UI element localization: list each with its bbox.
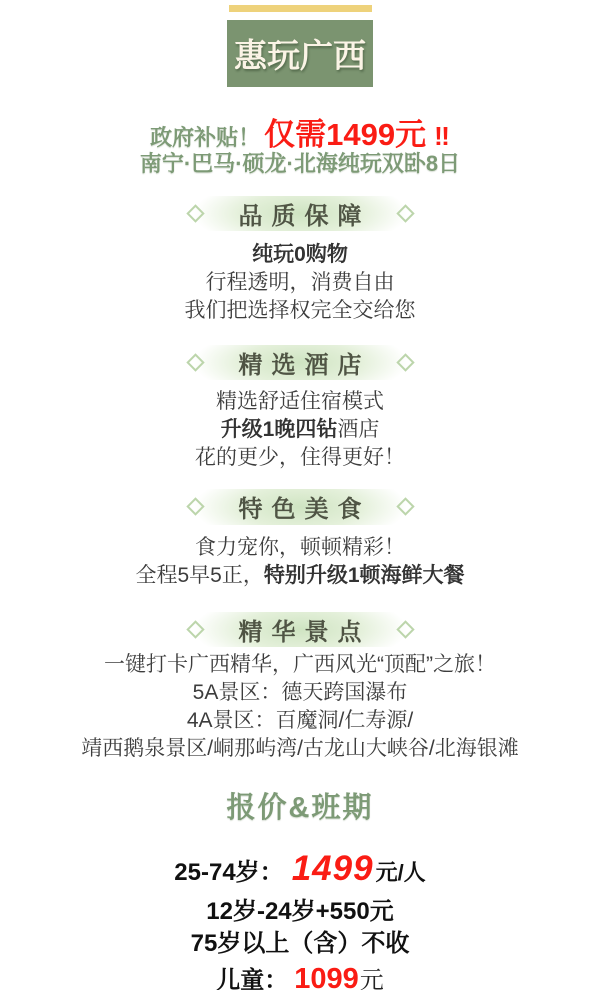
adult-price-unit: 元/人 xyxy=(376,856,426,887)
diamond-left-icon xyxy=(186,353,204,371)
section-title-sights: 精华景点 xyxy=(239,612,371,647)
section-header-sights: 精华景点 xyxy=(175,612,426,647)
pricing-youth-line: 12岁-24岁+550元 xyxy=(206,898,393,926)
diamond-left-icon xyxy=(186,498,204,516)
hotel-line-2: 升级1晚四钻酒店 xyxy=(195,416,405,444)
sights-line-4: 靖西鹅泉景区/峒那屿湾/古龙山大峡谷/北海银滩 xyxy=(81,735,519,763)
diamond-right-icon xyxy=(396,498,414,516)
diamond-right-icon xyxy=(396,204,414,222)
route-line: 南宁·巴马·硕龙·北海纯玩双卧8日 xyxy=(140,147,460,173)
quality-line-2: 行程透明，消费自由 xyxy=(185,269,416,297)
pricing-adult-line: 25-74岁： 1499 元/人 xyxy=(174,849,425,890)
subsidy-line: 政府补贴！ 仅需1499元 ‼ xyxy=(150,109,450,145)
diamond-right-icon xyxy=(396,353,414,371)
section-title-hotel: 精选酒店 xyxy=(239,345,371,380)
food-line-2: 全程5早5正，特别升级1顿海鲜大餐 xyxy=(135,562,464,590)
section-quality-body: 纯玩0购物 行程透明，消费自由 我们把选择权完全交给您 xyxy=(185,241,416,325)
diamond-right-icon xyxy=(396,620,414,638)
section-header-quality: 品质保障 xyxy=(175,196,426,231)
hotel-line-1: 精选舒适住宿模式 xyxy=(195,388,405,416)
promo-flyer: 惠玩广西 政府补贴！ 仅需1499元 ‼ 南宁·巴马·硕龙·北海纯玩双卧8日 品… xyxy=(0,0,600,990)
section-title-quality: 品质保障 xyxy=(239,196,371,231)
child-label: 儿童： xyxy=(216,960,288,990)
sights-line-1: 一键打卡广西精华，广西风光“顶配”之旅！ xyxy=(81,651,519,679)
section-sights-body: 一键打卡广西精华，广西风光“顶配”之旅！ 5A景区：德天跨国瀑布 4A景区：百魔… xyxy=(81,651,519,763)
sights-line-3: 4A景区：百魔洞/仁寿源/ xyxy=(81,707,519,735)
hotel-line-2-rest: 酒店 xyxy=(337,418,379,441)
top-accent-bar xyxy=(229,5,372,12)
hotel-line-2-bold: 升级1晚四钻 xyxy=(221,418,338,441)
pricing-senior-line: 75岁以上（含）不收 xyxy=(191,930,410,958)
pricing-header: 报价&班期 xyxy=(227,789,374,827)
child-price-unit: 元 xyxy=(360,960,384,990)
title-banner: 惠玩广西 xyxy=(227,20,373,87)
quality-line-3: 我们把选择权完全交给您 xyxy=(185,297,416,325)
child-price-value: 1099 xyxy=(294,963,359,990)
diamond-left-icon xyxy=(186,620,204,638)
pricing-child-line: 儿童： 1099 元 xyxy=(216,960,384,990)
section-header-food: 特色美食 xyxy=(175,489,426,524)
quality-line-1: 纯玩0购物 xyxy=(185,241,416,269)
section-title-food: 特色美食 xyxy=(239,489,371,524)
food-line-2-bold: 特别升级1顿海鲜大餐 xyxy=(264,564,465,587)
adult-price-value: 1499 xyxy=(292,849,374,889)
sights-line-2: 5A景区：德天跨国瀑布 xyxy=(81,679,519,707)
food-line-2-prefix: 全程5早5正， xyxy=(135,564,263,587)
page-title: 惠玩广西 xyxy=(234,30,366,77)
food-line-1: 食力宠你，顿顿精彩！ xyxy=(135,534,464,562)
section-hotel-body: 精选舒适住宿模式 升级1晚四钻酒店 花的更少，住得更好！ xyxy=(195,388,405,472)
section-header-hotel: 精选酒店 xyxy=(175,345,426,380)
diamond-left-icon xyxy=(186,204,204,222)
section-food-body: 食力宠你，顿顿精彩！ 全程5早5正，特别升级1顿海鲜大餐 xyxy=(135,534,464,590)
adult-age-label: 25-74岁： xyxy=(174,852,283,887)
hotel-line-3: 花的更少，住得更好！ xyxy=(195,444,405,472)
